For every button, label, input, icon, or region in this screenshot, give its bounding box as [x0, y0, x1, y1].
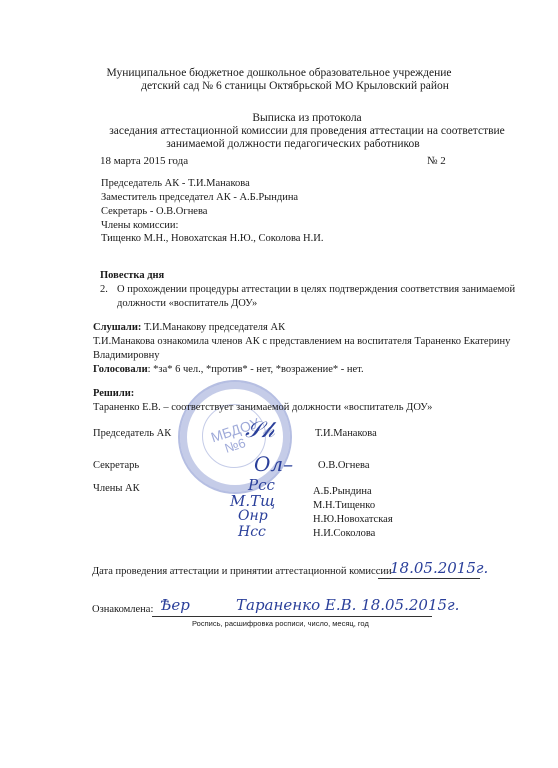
voted-line: Голосовали: *за* 6 чел., *против* - нет,…: [93, 364, 364, 375]
heard-line: Слушали: Т.И.Манакову председателя АК: [93, 322, 285, 333]
sig-chair-label: Председатель АК: [93, 428, 171, 439]
sig-member-2: М.Н.Тищенко: [313, 500, 375, 511]
commission-deputy: Заместитель председател АК - А.Б.Рындина: [101, 192, 298, 203]
decided-label: Решили:: [93, 388, 134, 399]
secretary-signature-icon: Ол–: [254, 452, 293, 476]
heard-line2: Т.И.Манакова ознакомила членов АК с пред…: [93, 336, 510, 347]
sig-member-4: Н.И.Соколова: [313, 528, 375, 539]
commission-members: Тищенко М.Н., Новохатская Н.Ю., Соколова…: [101, 233, 323, 244]
agenda-item-line2: должности «воспитатель ДОУ»: [117, 298, 257, 309]
protocol-date: 18 марта 2015 года: [100, 155, 188, 167]
acknowledged-signature-icon: Ѣер: [160, 596, 190, 614]
doc-title: Выписка из протокола: [0, 112, 558, 124]
attestation-date-line: [378, 578, 480, 579]
member4-signature-icon: Нсс: [238, 524, 266, 540]
acknowledged-caption: Роспись, расшифровка росписи, число, мес…: [192, 619, 369, 628]
sig-member-1: А.Б.Рындина: [313, 486, 372, 497]
commission-secretary: Секретарь - О.В.Огнева: [101, 206, 207, 217]
org-name-line2: детский сад № 6 станицы Октябрьской МО К…: [0, 80, 558, 92]
acknowledged-handwritten: Тараненко Е.В. 18.05.2015г.: [236, 596, 459, 614]
commission-chair: Председатель АК - Т.И.Манакова: [101, 178, 250, 189]
sig-secretary-name: О.В.Огнева: [318, 460, 370, 471]
attestation-label: Дата проведения аттестации и принятии ат…: [92, 566, 392, 577]
heard-line3: Владимировну: [93, 350, 159, 361]
sig-chair-name: Т.И.Манакова: [315, 428, 377, 439]
sig-secretary-label: Секретарь: [93, 460, 139, 471]
member3-signature-icon: Онр: [238, 508, 268, 524]
attestation-date-handwritten: 18.05.2015г.: [390, 559, 488, 577]
agenda-heading: Повестка дня: [100, 270, 164, 281]
chair-signature-icon: 𝒮𝒽: [245, 418, 275, 443]
org-name-line1: Муниципальное бюджетное дошкольное образ…: [0, 67, 558, 79]
heard-text: Т.И.Манакову председателя АК: [144, 322, 285, 333]
decided-text: Тараненко Е.В. – соответствует занимаемо…: [93, 402, 432, 413]
doc-subtitle-line2: занимаемой должности педагогических рабо…: [0, 138, 558, 150]
acknowledged-label: Ознакомлена:: [92, 604, 153, 615]
agenda-item-line1: О прохождении процедуры аттестации в цел…: [117, 284, 515, 295]
protocol-number: № 2: [427, 155, 446, 167]
voted-text: : *за* 6 чел., *против* - нет, *возражен…: [148, 364, 364, 375]
commission-members-label: Члены комиссии:: [101, 220, 178, 231]
agenda-item-number: 2.: [100, 284, 108, 295]
sig-member-3: Н.Ю.Новохатская: [313, 514, 393, 525]
voted-label: Голосовали: [93, 364, 148, 375]
heard-label: Слушали:: [93, 322, 141, 333]
acknowledged-line: [152, 616, 432, 617]
doc-subtitle-line1: заседания аттестационной комиссии для пр…: [0, 125, 558, 137]
sig-members-label: Члены АК: [93, 483, 140, 494]
